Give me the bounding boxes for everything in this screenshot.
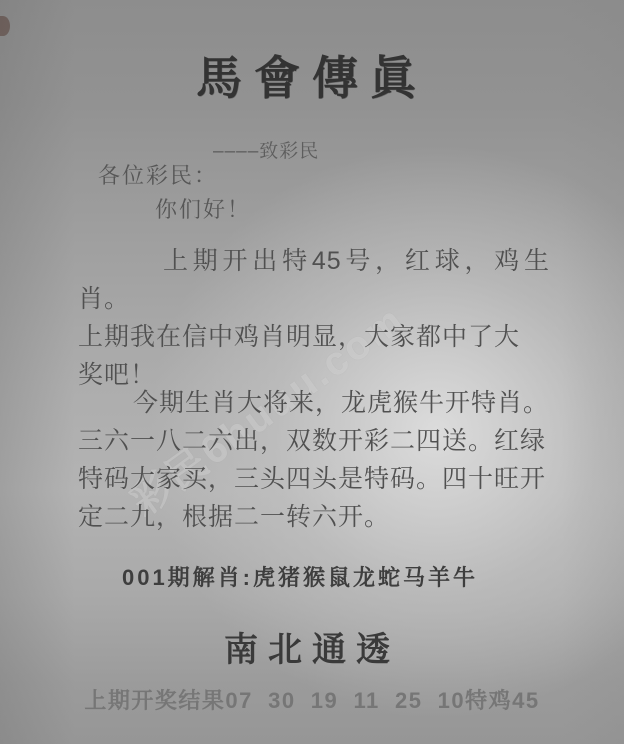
paragraph-line: 上期开出特45号，红球，鸡生肖。	[78, 242, 550, 318]
paragraph-line: 特码大家买，三头四头是特码。四十旺开	[78, 460, 550, 498]
paragraph-current-tips: 今期生肖大将来，龙虎猴牛开特肖。 三六一八二六出，双数开彩二四送。红绿 特码大家…	[78, 384, 550, 536]
fax-sheet: 彩民6huuu.com 馬會傳眞 ––––致彩民 各位彩民： 你们好！ 上期开出…	[0, 0, 624, 744]
paragraph-line: 今期生肖大将来，龙虎猴牛开特肖。	[78, 384, 550, 422]
zodiac-interpretation: 001期解肖:虎猪猴鼠龙蛇马羊牛	[0, 561, 600, 592]
salutation: 各位彩民：	[98, 159, 218, 190]
subtitle: ––––致彩民	[213, 136, 319, 163]
paragraph-line: 三六一八二六出，双数开彩二四送。红绿	[78, 422, 550, 460]
paragraph-line: 定二九，根据二一转六开。	[78, 498, 550, 536]
corner-smudge	[0, 16, 10, 36]
greeting: 你们好！	[155, 193, 251, 224]
paragraph-last-draw-recap: 上期开出特45号，红球，鸡生肖。 上期我在信中鸡肖明显，大家都中了大 奖吧！	[78, 242, 550, 394]
signature: 南北通透	[0, 622, 624, 671]
paragraph-line: 上期我在信中鸡肖明显，大家都中了大	[78, 318, 550, 356]
last-draw-results: 上期开奖结果07 30 19 11 25 10特鸡45	[0, 684, 624, 715]
page-title: 馬會傳眞	[0, 42, 624, 108]
